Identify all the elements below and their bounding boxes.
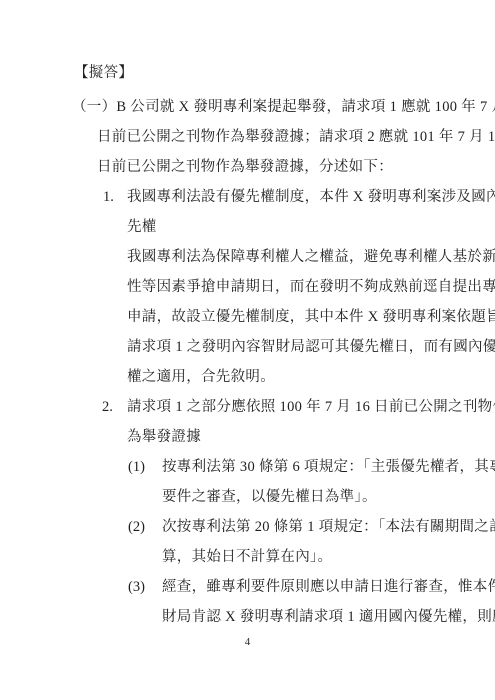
text-line: 日前已公開之刊物作為舉發證據；請求項 2 應就 101 年 7 月 16: [97, 128, 495, 146]
text-line: 按專利法第 30 條第 6 項規定：「主張優先權者，其專利: [162, 458, 495, 476]
answer-heading: 【擬答】: [74, 64, 133, 82]
text-line: 權之適用，合先敘明。: [127, 368, 275, 386]
text-line: 算，其始日不計算在內」。: [162, 548, 332, 566]
text-line: 財局肯認 X 發明專利請求項 1 適用國內優先權，則應依: [162, 608, 495, 626]
page-number: 4: [0, 636, 495, 649]
text-line: 請求項 1 之部分應依照 100 年 7 月 16 日前已公開之刊物作: [127, 398, 495, 416]
text-line: 先權: [127, 218, 157, 236]
text-line: 次按專利法第 20 條第 1 項規定：「本法有關期間之計: [162, 518, 495, 536]
text-line: 經查，雖專利要件原則應以申請日進行審查，惟本件智: [162, 578, 495, 596]
text-line: 申請，故設立優先權制度，其中本件 X 發明專利案依題旨就: [127, 308, 495, 326]
list-marker: (1): [128, 458, 145, 476]
text-line: 我國專利法為保障專利權人之權益，避免專利權人基於新穎: [127, 248, 495, 266]
list-marker: (3): [128, 578, 145, 596]
text-line: 請求項 1 之發明內容智財局認可其優先權日，而有國內優先: [127, 338, 495, 356]
list-marker: (2): [128, 518, 145, 536]
document-page: 【擬答】（一）B 公司就 X 發明專利案提起舉發，請求項 1 應就 100 年 …: [0, 0, 495, 700]
text-line: （一）B 公司就 X 發明專利案提起舉發，請求項 1 應就 100 年 7 月 …: [72, 98, 495, 116]
text-line: 日前已公開之刊物作為舉發證據，分述如下：: [97, 158, 393, 176]
text-line: 我國專利法設有優先權制度，本件 X 發明專利案涉及國內優: [127, 188, 495, 206]
text-line: 為舉發證據: [127, 428, 201, 446]
text-line: 性等因素爭搶申請期日，而在發明不夠成熟前逕自提出專利: [127, 278, 495, 296]
list-marker: 1.: [103, 188, 114, 206]
list-marker: 2.: [102, 398, 113, 416]
text-line: 要件之審查，以優先權日為準」。: [162, 488, 377, 506]
